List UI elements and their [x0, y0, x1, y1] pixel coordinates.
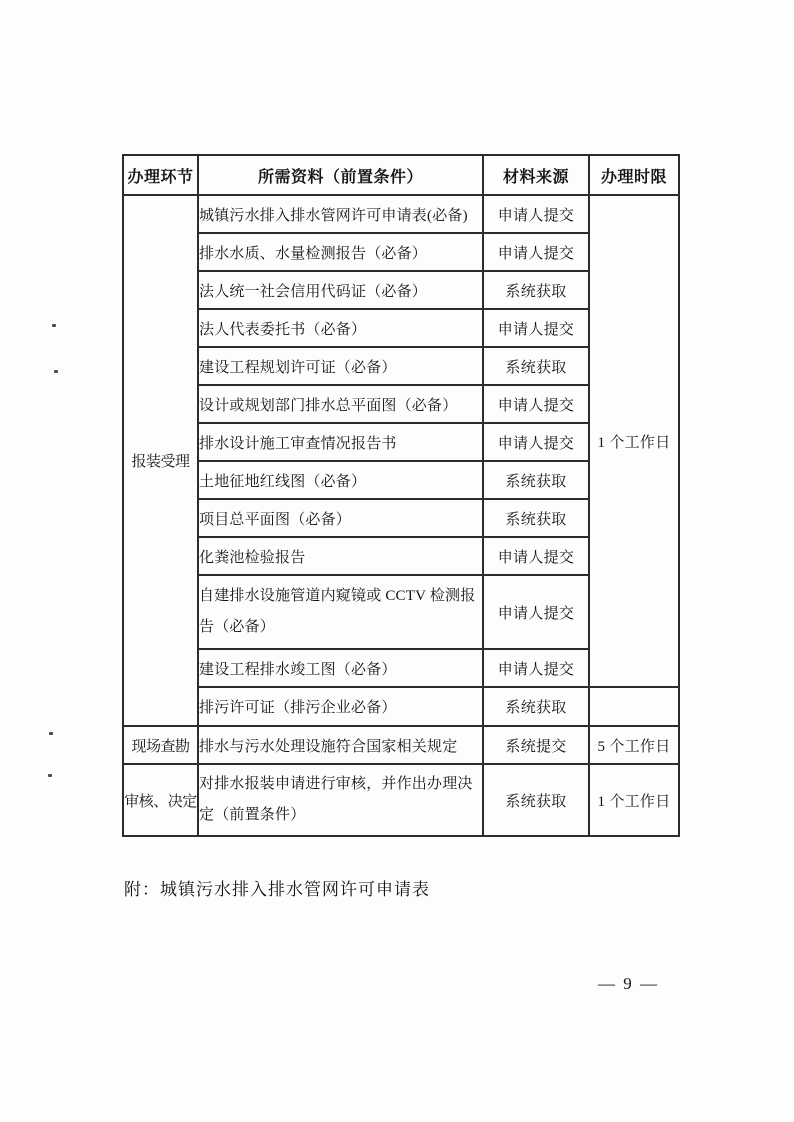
- material-cell: 城镇污水排入排水管网许可申请表(必备): [198, 195, 483, 233]
- material-cell: 化粪池检验报告: [198, 537, 483, 575]
- stage-cell-application-acceptance: 报装受理: [123, 195, 198, 726]
- material-cell: 法人统一社会信用代码证（必备）: [198, 271, 483, 309]
- material-cell: 建设工程规划许可证（必备）: [198, 347, 483, 385]
- source-cell: 申请人提交: [483, 575, 589, 649]
- source-cell: 系统获取: [483, 347, 589, 385]
- page-number: — 9 —: [598, 974, 659, 994]
- scan-speck: [49, 732, 53, 735]
- table-row: 现场查勘 排水与污水处理设施符合国家相关规定 系统提交 5 个工作日: [123, 726, 679, 764]
- table-row: 报装受理 城镇污水排入排水管网许可申请表(必备) 申请人提交 1 个工作日: [123, 195, 679, 233]
- table-row: 审核、决定 对排水报装申请进行审核，并作出办理决定（前置条件） 系统获取 1 个…: [123, 764, 679, 836]
- col-header-materials: 所需资料（前置条件）: [198, 155, 483, 195]
- material-cell: 项目总平面图（必备）: [198, 499, 483, 537]
- time-limit-cell-empty: [589, 687, 679, 726]
- source-cell: 系统获取: [483, 764, 589, 836]
- material-cell: 建设工程排水竣工图（必备）: [198, 649, 483, 687]
- source-cell: 申请人提交: [483, 195, 589, 233]
- table-row: 排污许可证（排污企业必备） 系统获取: [123, 687, 679, 726]
- material-cell: 自建排水设施管道内窥镜或 CCTV 检测报告（必备）: [198, 575, 483, 649]
- col-header-source: 材料来源: [483, 155, 589, 195]
- time-limit-cell: 5 个工作日: [589, 726, 679, 764]
- material-cell: 对排水报装申请进行审核，并作出办理决定（前置条件）: [198, 764, 483, 836]
- col-header-process-step: 办理环节: [123, 155, 198, 195]
- source-cell: 系统提交: [483, 726, 589, 764]
- table-header-row: 办理环节 所需资料（前置条件） 材料来源 办理时限: [123, 155, 679, 195]
- source-cell: 申请人提交: [483, 537, 589, 575]
- document-page: 办理环节 所需资料（前置条件） 材料来源 办理时限 报装受理 城镇污水排入排水管…: [0, 0, 794, 1122]
- material-cell: 排水设计施工审查情况报告书: [198, 423, 483, 461]
- col-header-time-limit: 办理时限: [589, 155, 679, 195]
- material-cell: 设计或规划部门排水总平面图（必备）: [198, 385, 483, 423]
- stage-cell-site-survey: 现场查勘: [123, 726, 198, 764]
- time-limit-cell: 1 个工作日: [589, 195, 679, 687]
- stage-cell-review-decision: 审核、决定: [123, 764, 198, 836]
- attachment-note: 附：城镇污水排入排水管网许可申请表: [124, 875, 430, 900]
- source-cell: 申请人提交: [483, 233, 589, 271]
- time-limit-cell: 1 个工作日: [589, 764, 679, 836]
- scan-speck: [48, 774, 52, 777]
- source-cell: 申请人提交: [483, 385, 589, 423]
- material-cell: 排污许可证（排污企业必备）: [198, 687, 483, 726]
- source-cell: 申请人提交: [483, 423, 589, 461]
- material-cell: 排水水质、水量检测报告（必备）: [198, 233, 483, 271]
- material-cell: 法人代表委托书（必备）: [198, 309, 483, 347]
- scan-speck: [54, 370, 58, 373]
- source-cell: 系统获取: [483, 271, 589, 309]
- material-cell: 排水与污水处理设施符合国家相关规定: [198, 726, 483, 764]
- scan-speck: [52, 324, 56, 327]
- material-cell: 土地征地红线图（必备）: [198, 461, 483, 499]
- source-cell: 系统获取: [483, 461, 589, 499]
- source-cell: 系统获取: [483, 499, 589, 537]
- source-cell: 系统获取: [483, 687, 589, 726]
- source-cell: 申请人提交: [483, 649, 589, 687]
- process-table: 办理环节 所需资料（前置条件） 材料来源 办理时限 报装受理 城镇污水排入排水管…: [122, 154, 680, 837]
- source-cell: 申请人提交: [483, 309, 589, 347]
